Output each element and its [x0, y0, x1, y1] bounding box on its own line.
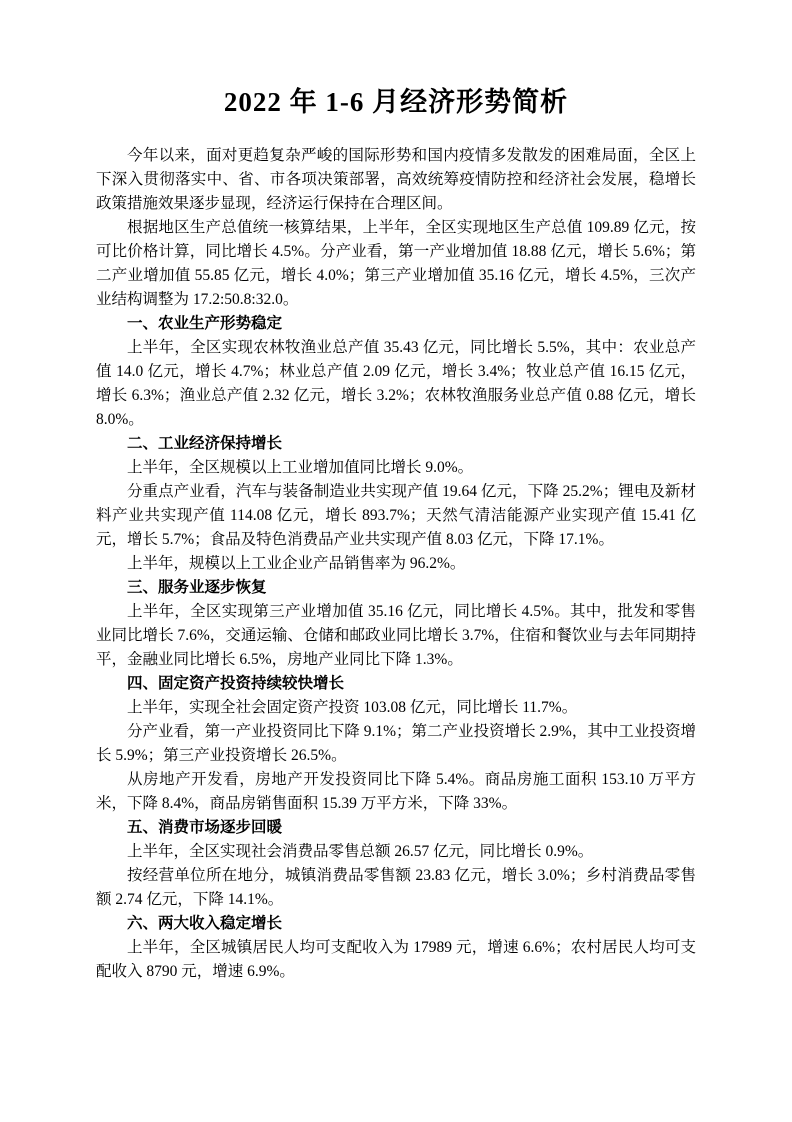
intro-paragraph-1: 今年以来，面对更趋复杂严峻的国际形势和国内疫情多发散发的困难局面，全区上下深入贯…: [96, 144, 696, 216]
section-2-paragraph-1: 上半年，全区规模以上工业增加值同比增长 9.0%。: [96, 456, 696, 480]
document-page: 2022 年 1-6 月经济形势简析 今年以来，面对更趋复杂严峻的国际形势和国内…: [0, 0, 792, 1122]
section-3-heading: 三、服务业逐步恢复: [96, 576, 696, 600]
document-title: 2022 年 1-6 月经济形势简析: [96, 84, 696, 120]
section-1-heading: 一、农业生产形势稳定: [96, 312, 696, 336]
section-5-heading: 五、消费市场逐步回暖: [96, 816, 696, 840]
section-4-heading: 四、固定资产投资持续较快增长: [96, 672, 696, 696]
section-4-paragraph-2: 分产业看，第一产业投资同比下降 9.1%；第二产业投资增长 2.9%，其中工业投…: [96, 720, 696, 768]
section-1-paragraph-1: 上半年，全区实现农林牧渔业总产值 35.43 亿元，同比增长 5.5%，其中：农…: [96, 336, 696, 432]
section-2-heading: 二、工业经济保持增长: [96, 432, 696, 456]
section-5-paragraph-2: 按经营单位所在地分，城镇消费品零售额 23.83 亿元，增长 3.0%；乡村消费…: [96, 864, 696, 912]
section-3-paragraph-1: 上半年，全区实现第三产业增加值 35.16 亿元，同比增长 4.5%。其中，批发…: [96, 600, 696, 672]
section-4-paragraph-1: 上半年，实现全社会固定资产投资 103.08 亿元，同比增长 11.7%。: [96, 696, 696, 720]
section-2-paragraph-3: 上半年，规模以上工业企业产品销售率为 96.2%。: [96, 552, 696, 576]
section-4-paragraph-3: 从房地产开发看，房地产开发投资同比下降 5.4%。商品房施工面积 153.10 …: [96, 768, 696, 816]
section-6-paragraph-1: 上半年，全区城镇居民人均可支配收入为 17989 元，增速 6.6%；农村居民人…: [96, 936, 696, 984]
section-2-paragraph-2: 分重点产业看，汽车与装备制造业共实现产值 19.64 亿元，下降 25.2%；锂…: [96, 480, 696, 552]
intro-paragraph-2: 根据地区生产总值统一核算结果，上半年，全区实现地区生产总值 109.89 亿元，…: [96, 216, 696, 312]
section-5-paragraph-1: 上半年，全区实现社会消费品零售总额 26.57 亿元，同比增长 0.9%。: [96, 840, 696, 864]
section-6-heading: 六、两大收入稳定增长: [96, 912, 696, 936]
